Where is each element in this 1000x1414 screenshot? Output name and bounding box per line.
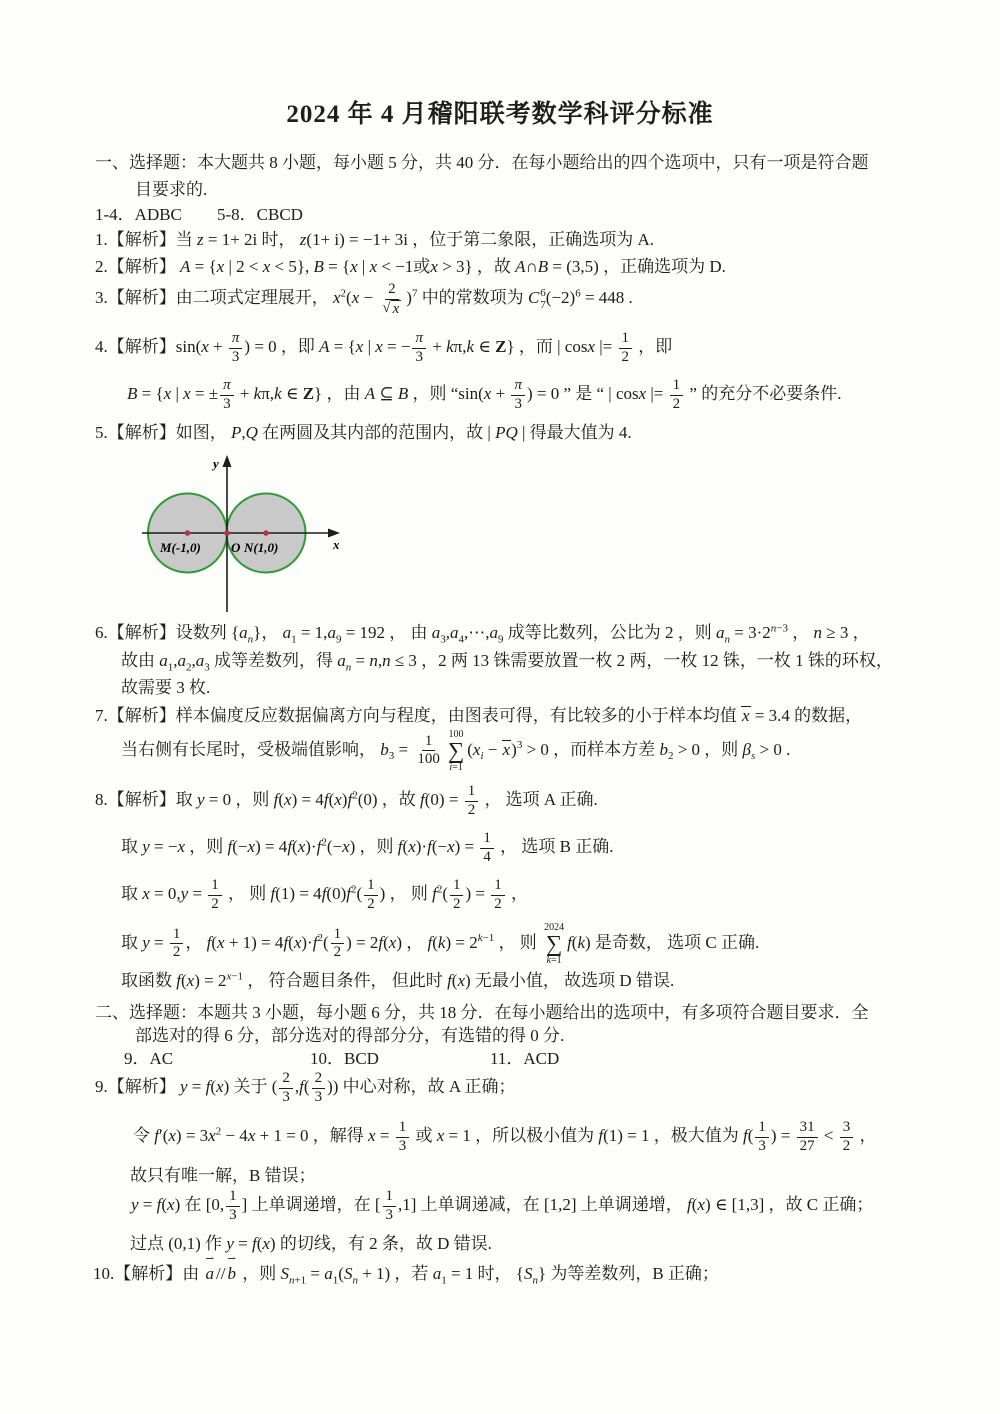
answer-key-9: 9．AC (124, 1048, 173, 1070)
section-2-header-cont: 部选对的得 6 分，部分选对的得部分分，有选错的得 0 分. (135, 1025, 564, 1047)
solution-6-cont2: 故需要 3 枚. (121, 677, 210, 699)
solution-9: 9.【解析】 y = f(x) 关于 (23,f(23)) 中心对称，故 A 正… (95, 1070, 516, 1106)
point-marker-n (263, 530, 269, 536)
answer-key-11: 11．ACD (490, 1048, 559, 1070)
solution-6-cont: 故由 a1,a2,a3 成等差数列，得 an = n,n ≤ 3 ，2 两 13… (121, 650, 893, 672)
solution-3: 3.【解析】由二项式定理展开， x2(x − 2√x)7 中的常数项为 C67(… (95, 281, 633, 317)
solution-8-cont4: 取函数 f(x) = 2x−1 ， 符合题目条件， 但此时 f(x) 无最小值，… (121, 970, 674, 992)
solution-7: 7.【解析】样本偏度反应数据偏离方向与程度，由图表可得，有比较多的小于样本均值 … (95, 705, 862, 727)
page-title: 2024 年 4 月稽阳联考数学科评分标准 (0, 94, 1000, 130)
tangent-circles-figure: M(-1,0) O N(1,0) x y (140, 450, 360, 615)
solution-5: 5.【解析】如图， P,Q 在两圆及其内部的范围内，故 | PQ | 得最大值为… (95, 422, 632, 444)
section-1-header-cont: 目要求的. (135, 179, 207, 201)
solution-6: 6.【解析】设数列 {an}， a1 = 1,a9 = 192 ， 由 a3,a… (95, 622, 870, 644)
answer-key-1-4: 1-4．ADBC (95, 204, 182, 226)
answer-key-5-8: 5-8．CBCD (217, 204, 303, 226)
solution-4: 4.【解析】sin(x + π3) = 0 ，即 A = {x | x = −π… (95, 330, 672, 366)
label-x-axis: x (332, 537, 340, 552)
solution-10: 10.【解析】由 a//b ，则 Sn+1 = a1(Sn + 1) ，若 a1… (93, 1263, 719, 1285)
answer-key-10: 10．BCD (310, 1048, 379, 1070)
point-marker-m (185, 530, 191, 536)
solution-9-cont4: 过点 (0,1) 作 y = f(x) 的切线，有 2 条，故 D 错误. (130, 1233, 492, 1255)
section-2-header: 二、选择题：本题共 3 小题，每小题 6 分，共 18 分．在每小题给出的选项中… (95, 1002, 869, 1024)
solution-8-cont3: 取 y = 12， f(x + 1) = 4f(x)·f2(12) = 2f(x… (121, 922, 759, 966)
exam-answer-document: 2024 年 4 月稽阳联考数学科评分标准 一、选择题：本大题共 8 小题，每小… (0, 0, 1000, 1414)
point-marker-origin (224, 530, 230, 536)
label-center-n: N(1,0) (243, 540, 278, 555)
solution-9-cont2: 故只有唯一解，B 错误； (130, 1165, 316, 1187)
solution-9-cont3: y = f(x) 在 [0,13] 上单调递增，在 [13,1] 上单调递减，在… (131, 1188, 873, 1224)
solution-9-cont1: 令 f′(x) = 3x2 − 4x + 1 = 0 ，解得 x = 13 或 … (133, 1119, 876, 1155)
section-1-header: 一、选择题：本大题共 8 小题，每小题 5 分，共 40 分．在每小题给出的四个… (95, 152, 869, 174)
label-origin: O (231, 540, 241, 555)
solution-2: 2.【解析】 A = {x | 2 < x < 5}, B = {x | x <… (95, 256, 726, 278)
solution-8-cont2: 取 x = 0,y = 12 ， 则 f(1) = 4f(0)f2(12) ， … (121, 877, 528, 913)
label-center-m: M(-1,0) (159, 540, 201, 555)
solution-8-cont1: 取 y = −x ，则 f(−x) = 4f(x)·f2(−x) ，则 f(x)… (121, 830, 613, 866)
label-y-axis: y (211, 456, 219, 471)
solution-8: 8.【解析】取 y = 0 ，则 f(x) = 4f(x)f2(0) ，故 f(… (95, 783, 598, 819)
solution-7-cont: 当右侧有长尾时，受极端值影响， b3 = 1100100∑i=1(xi − x)… (121, 729, 790, 773)
y-axis-arrow-icon (223, 455, 232, 467)
solution-4-cont: B = {x | x = ±π3 + kπ,k ∈ Z} ，由 A ⊆ B ，则… (127, 377, 841, 413)
solution-1: 1.【解析】当 z = 1+ 2i 时， z(1+ i) = −1+ 3i ，位… (95, 229, 654, 251)
